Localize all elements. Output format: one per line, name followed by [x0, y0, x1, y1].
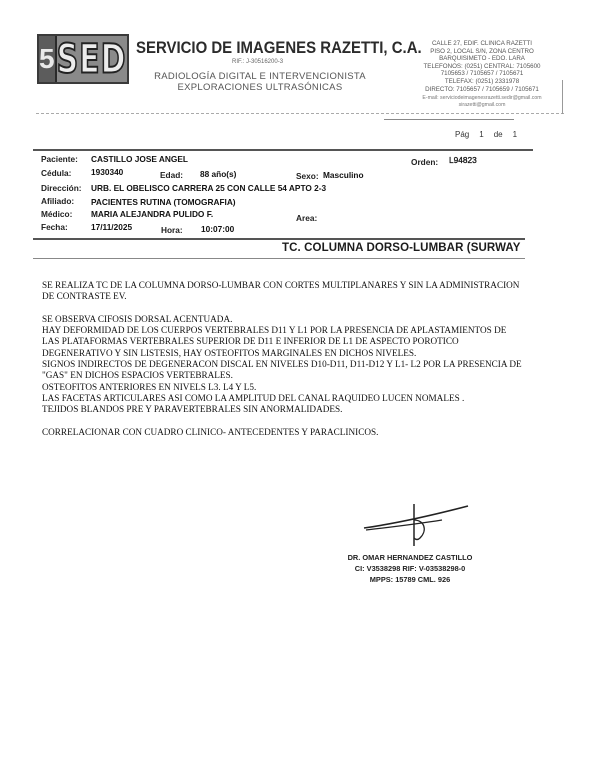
label-sexo: Sexo:: [296, 171, 319, 181]
label-edad: Edad:: [160, 170, 183, 180]
email-line: sirazetti@gmail.com: [382, 102, 582, 108]
address-line: CALLE 27, EDIF. CLINICA RAZETTI: [382, 40, 582, 48]
report-paragraph: OSTEOFITOS ANTERIORES EN NIVELS L3. L4 Y…: [42, 382, 522, 393]
label-medico: Médico:: [41, 209, 72, 219]
signer-ids: CI: V3538298 RIF: V-03538298-0: [320, 563, 500, 574]
report-paragraph: LAS FACETAS ARTICULARES ASI COMO LA AMPL…: [42, 393, 522, 404]
patient-info-bottom-rule: [33, 238, 525, 240]
label-area: Area:: [296, 213, 317, 223]
signer-block: DR. OMAR HERNANDEZ CASTILLO CI: V3538298…: [320, 552, 500, 585]
report-conclusion: CORRELACIONAR CON CUADRO CLINICO- ANTECE…: [42, 427, 522, 438]
page-current: 1: [479, 130, 483, 139]
logo-wordmark: SEDIRA: [57, 34, 129, 84]
address-line: TELEFAX: (0251) 2331978: [382, 78, 582, 86]
report-body: SE REALIZA TC DE LA COLUMNA DORSO-LUMBAR…: [42, 280, 522, 438]
header-address-underline: [384, 119, 514, 120]
report-paragraph: SIGNOS INDIRECTOS DE DEGENERACON DISCAL …: [42, 359, 522, 382]
patient-info-top-rule: [33, 149, 533, 151]
value-paciente: CASTILLO JOSE ANGEL: [91, 154, 188, 164]
value-fecha: 17/11/2025: [91, 222, 132, 232]
report-paragraph: SE REALIZA TC DE LA COLUMNA DORSO-LUMBAR…: [42, 280, 522, 303]
header-divider: [36, 113, 564, 114]
value-cedula: 1930340: [91, 167, 123, 177]
page-indicator: Pág1de1: [455, 130, 527, 139]
page-label: Pág: [455, 130, 469, 139]
address-line: BARQUISIMETO - EDO. LARA: [382, 55, 582, 63]
label-fecha: Fecha:: [41, 222, 68, 232]
label-paciente: Paciente:: [41, 154, 78, 164]
label-direccion: Dirección:: [41, 183, 82, 193]
company-tagline: RADIOLOGÍA DIGITAL E INTERVENCIONISTA EX…: [150, 71, 370, 93]
value-direccion: URB. EL OBELISCO CARRERA 25 CON CALLE 54…: [91, 183, 326, 193]
company-address: CALLE 27, EDIF. CLINICA RAZETTI PISO 2, …: [382, 40, 582, 108]
study-title-underline: [33, 258, 525, 259]
value-afiliado: PACIENTES RUTINA (TOMOGRAFIA): [91, 197, 236, 207]
value-sexo: Masculino: [323, 170, 364, 180]
company-email: E-mail: serviciodeimagenesrazetti.sedir@…: [382, 95, 582, 108]
value-medico: MARIA ALEJANDRA PULIDO F.: [91, 209, 213, 219]
company-logo: 5 SEDIRA: [37, 34, 129, 84]
signer-registry: MPPS: 15789 CML. 926: [320, 574, 500, 585]
report-spacer: [42, 303, 522, 314]
header-bracket: [558, 80, 563, 114]
study-title: TC. COLUMNA DORSO-LUMBAR (SURWAY: [282, 242, 521, 254]
report-paragraph: TEJIDOS BLANDOS PRE Y PARAVERTEBRALES SI…: [42, 404, 522, 415]
address-line: DIRECTO: 7105657 / 7105659 / 7105671: [382, 86, 582, 94]
signer-name: DR. OMAR HERNANDEZ CASTILLO: [320, 552, 500, 563]
address-line: PISO 2, LOCAL S/N, ZONA CENTRO: [382, 48, 582, 56]
value-orden: L94823: [449, 155, 477, 165]
company-rif: RIF.: J-30516200-3: [232, 59, 283, 65]
label-hora: Hora:: [161, 225, 183, 235]
report-paragraph: SE OBSERVA CIFOSIS DORSAL ACENTUADA.: [42, 314, 522, 325]
value-edad: 88 año(s): [200, 169, 236, 179]
page-total: 1: [513, 130, 517, 139]
tagline-line: EXPLORACIONES ULTRASÓNICAS: [150, 82, 370, 93]
tagline-line: RADIOLOGÍA DIGITAL E INTERVENCIONISTA: [150, 71, 370, 82]
label-orden: Orden:: [411, 157, 438, 167]
page-of-label: de: [494, 130, 503, 139]
label-afiliado: Afiliado:: [41, 196, 74, 206]
address-line: 7105653 / 7105657 / 7105671: [382, 70, 582, 78]
signature-mark: [362, 500, 472, 550]
address-line: TELEFONOS: (0251) CENTRAL: 7105600: [382, 63, 582, 71]
report-paragraph: HAY DEFORMIDAD DE LOS CUERPOS VERTEBRALE…: [42, 325, 522, 359]
value-hora: 10:07:00: [201, 224, 234, 234]
logo-mark: 5: [39, 36, 57, 82]
company-name: SERVICIO DE IMAGENES RAZETTI, C.A.: [136, 38, 422, 58]
label-cedula: Cédula:: [41, 168, 71, 178]
report-spacer: [42, 416, 522, 427]
